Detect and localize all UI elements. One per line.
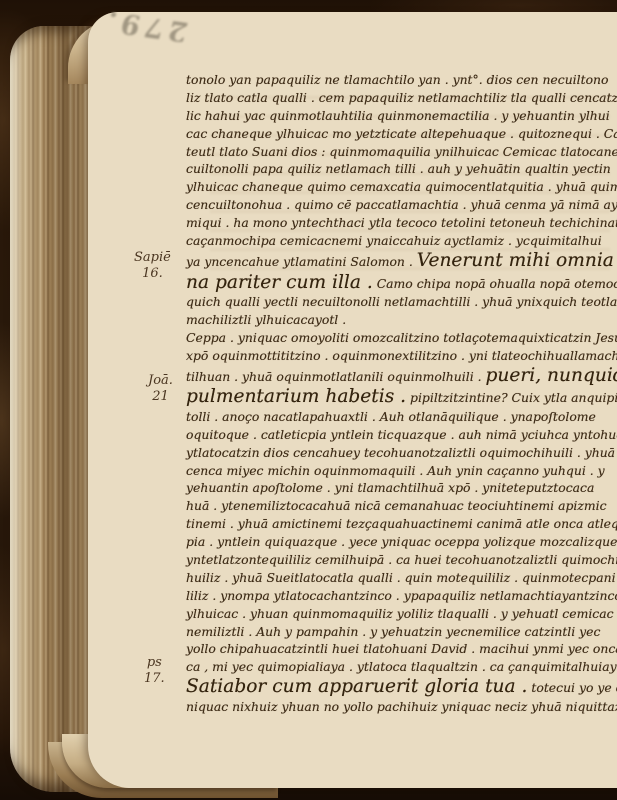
nahuatl-text: Ceppa . yniquac omoyoliti omozcalitzino … [186,330,617,345]
nahuatl-text: machiliztli ylhuicacayotl . [186,312,346,327]
nahuatl-text: xpō oquinmottititzino . oquinmonextilitz… [186,348,617,363]
nahuatl-text: quich qualli yectli necuiltonolli netlam… [186,294,617,309]
margin-note-label: ps [144,655,165,671]
margin-note-number: 16. [134,266,171,282]
nahuatl-text: ylhuicac . yhuan quinmomaquiliz yoliliz … [186,606,614,621]
manuscript-line: ylhuicac chaneque quimo cemaxcatia quimo… [186,178,616,196]
nahuatl-text: ylhuicac chaneque quimo cemaxcatia quimo… [186,179,617,194]
margin-note-ps: ps17. [144,655,165,687]
manuscript-line: ya yncencahue ytlamatini Salomon . Vener… [186,250,616,272]
manuscript-photo: 279. Sapiē16.Joā.21ps17. tonolo yan papa… [0,0,617,800]
nahuatl-text: oquitoque . catleticpia yntlein ticquazq… [186,427,617,442]
manuscript-line: na pariter cum illa . Camo chipa nopā oh… [186,272,616,294]
manuscript-line: tilhuan . yhuā oquinmotlatlanili oquinmo… [186,365,616,387]
margin-note-label: Sapiē [134,250,171,266]
latin-quote: Venerunt mihi omnia bo [417,250,617,271]
manuscript-line: tonolo yan papaquiliz ne tlamachtilo yan… [186,71,616,89]
nahuatl-text: tonolo yan papaquiliz ne tlamachtilo yan… [186,72,609,87]
margin-note-number: 17. [144,671,165,687]
manuscript-line: teutl tlato Suani dios : quinmomaquilia … [186,143,616,161]
nahuatl-text: Camo chipa nopā ohualla nopā otemoc . yn… [373,276,617,291]
manuscript-line: liliz . ynompa ytlatocachantzinco . ypap… [186,587,616,605]
manuscript-line: huā . ytenemiliztocacahuā nicā cemanahua… [186,497,616,515]
nahuatl-text: ytlatocatzin dios cencahuey tecohuanotza… [186,445,615,460]
manuscript-line: tinemi . yhuā amictinemi tezçaquahuactin… [186,515,616,533]
nahuatl-text: huā . ytenemiliztocacahuā nicā cemanahua… [186,498,607,513]
manuscript-line: pulmentarium habetis . pipiltzitzintine?… [186,386,616,408]
nahuatl-text: miqui . ha mono yntechthaci ytla tecoco … [186,215,617,230]
margin-note-number: 21 [148,389,173,405]
manuscript-line: xpō oquinmottititzino . oquinmonextilitz… [186,347,616,365]
manuscript-line: ylhuicac . yhuan quinmomaquiliz yoliliz … [186,605,616,623]
manuscript-line: Satiabor cum apparuerit gloria tua . tot… [186,676,616,698]
manuscript-line: lic hahui yac quinmotlauhtilia quinmonem… [186,107,616,125]
manuscript-line: cuiltonolli papa quiliz netlamach tilli … [186,160,616,178]
manuscript-line: Ceppa . yniquac omoyoliti omozcalitzino … [186,329,616,347]
nahuatl-text: pipiltzitzintine? Cuix ytla anquipia a [406,390,617,405]
nahuatl-text: huiliz . yhuā Sueitlatocatla qualli . qu… [186,570,616,585]
nahuatl-text: yollo chipahuacatzintli huei tlatohuani … [186,641,617,656]
manuscript-line: miqui . ha mono yntechthaci ytla tecoco … [186,214,616,232]
nahuatl-text: pia . yntlein quiquazque . yece yniquac … [186,534,617,549]
nahuatl-text: cencuiltonohua . quimo cē paccatlamachti… [186,197,617,212]
manuscript-line: pia . yntlein quiquazque . yece yniquac … [186,533,616,551]
manuscript-line: cenca miyec michin oquinmomaquili . Auh … [186,462,616,480]
nahuatl-text: yntetlatzontequililiz cemilhuipā . ca hu… [186,552,617,567]
manuscript-line: cac chaneque ylhuicac mo yetzticate alte… [186,125,616,143]
manuscript-line: nemiliztli . Auh y pampahin . y yehuatzi… [186,623,616,641]
latin-quote: na pariter cum illa . [186,272,373,293]
manuscript-line: liz tlato catla qualli . cem papaquiliz … [186,89,616,107]
nahuatl-text: yehuantin apoſtolome . yni tlamachtilhuā… [186,480,594,495]
manuscript-line: oquitoque . catleticpia yntlein ticquazq… [186,426,616,444]
nahuatl-text: niquac nixhuiz yhuan no yollo pachihuiz … [186,699,617,714]
nahuatl-text: ca , mi yec quimopialiaya . ytlatoca tla… [186,659,617,674]
nahuatl-text: cac chaneque ylhuicac mo yetzticate alte… [186,126,617,141]
manuscript-line: niquac nixhuiz yhuan no yollo pachihuiz … [186,698,616,716]
manuscript-line: huiliz . yhuā Sueitlatocatla qualli . qu… [186,569,616,587]
nahuatl-text: ya yncencahue ytlamatini Salomon . [186,254,417,269]
latin-quote: pulmentarium habetis . [186,386,406,407]
nahuatl-text: totecui yo ye caqui [527,680,617,695]
nahuatl-text: teutl tlato Suani dios : quinmomaquilia … [186,144,617,159]
nahuatl-text: cenca miyec michin oquinmomaquili . Auh … [186,463,605,478]
manuscript-line: machiliztli ylhuicacayotl . [186,311,616,329]
nahuatl-text: tolli . anoço nacatlapahuaxtli . Auh otl… [186,409,596,424]
manuscript-line: yollo chipahuacatzintli huei tlatohuani … [186,640,616,658]
margin-note-joa: Joā.21 [148,373,173,405]
nahuatl-text: liliz . ynompa ytlatocachantzinco . ypap… [186,588,617,603]
manuscript-line: yntetlatzontequililiz cemilhuipā . ca hu… [186,551,616,569]
margin-note-sapie: Sapiē16. [134,250,171,282]
manuscript-text: tonolo yan papaquiliz ne tlamachtilo yan… [186,71,616,716]
nahuatl-text: caçanmochipa cemicacnemi ynaiccahuiz ayc… [186,233,602,248]
nahuatl-text: liz tlato catla qualli . cem papaquiliz … [186,90,617,105]
margin-note-label: Joā. [148,373,173,389]
manuscript-line: ca , mi yec quimopialiaya . ytlatoca tla… [186,658,616,676]
manuscript-line: quich qualli yectli necuiltonolli netlam… [186,293,616,311]
latin-quote: pueri, nunquid [485,365,617,386]
latin-quote: Satiabor cum apparuerit gloria tua . [186,676,527,697]
manuscript-line: cencuiltonohua . quimo cē paccatlamachti… [186,196,616,214]
nahuatl-text: lic hahui yac quinmotlauhtilia quinmonem… [186,108,610,123]
nahuatl-text: tilhuan . yhuā oquinmotlatlanili oquinmo… [186,369,485,384]
nahuatl-text: nemiliztli . Auh y pampahin . y yehuatzi… [186,624,600,639]
manuscript-line: caçanmochipa cemicacnemi ynaiccahuiz ayc… [186,232,616,250]
nahuatl-text: cuiltonolli papa quiliz netlamach tilli … [186,161,611,176]
manuscript-line: yehuantin apoſtolome . yni tlamachtilhuā… [186,479,616,497]
manuscript-line: ytlatocatzin dios cencahuey tecohuanotza… [186,444,616,462]
manuscript-line: tolli . anoço nacatlapahuaxtli . Auh otl… [186,408,616,426]
nahuatl-text: tinemi . yhuā amictinemi tezçaquahuactin… [186,516,617,531]
